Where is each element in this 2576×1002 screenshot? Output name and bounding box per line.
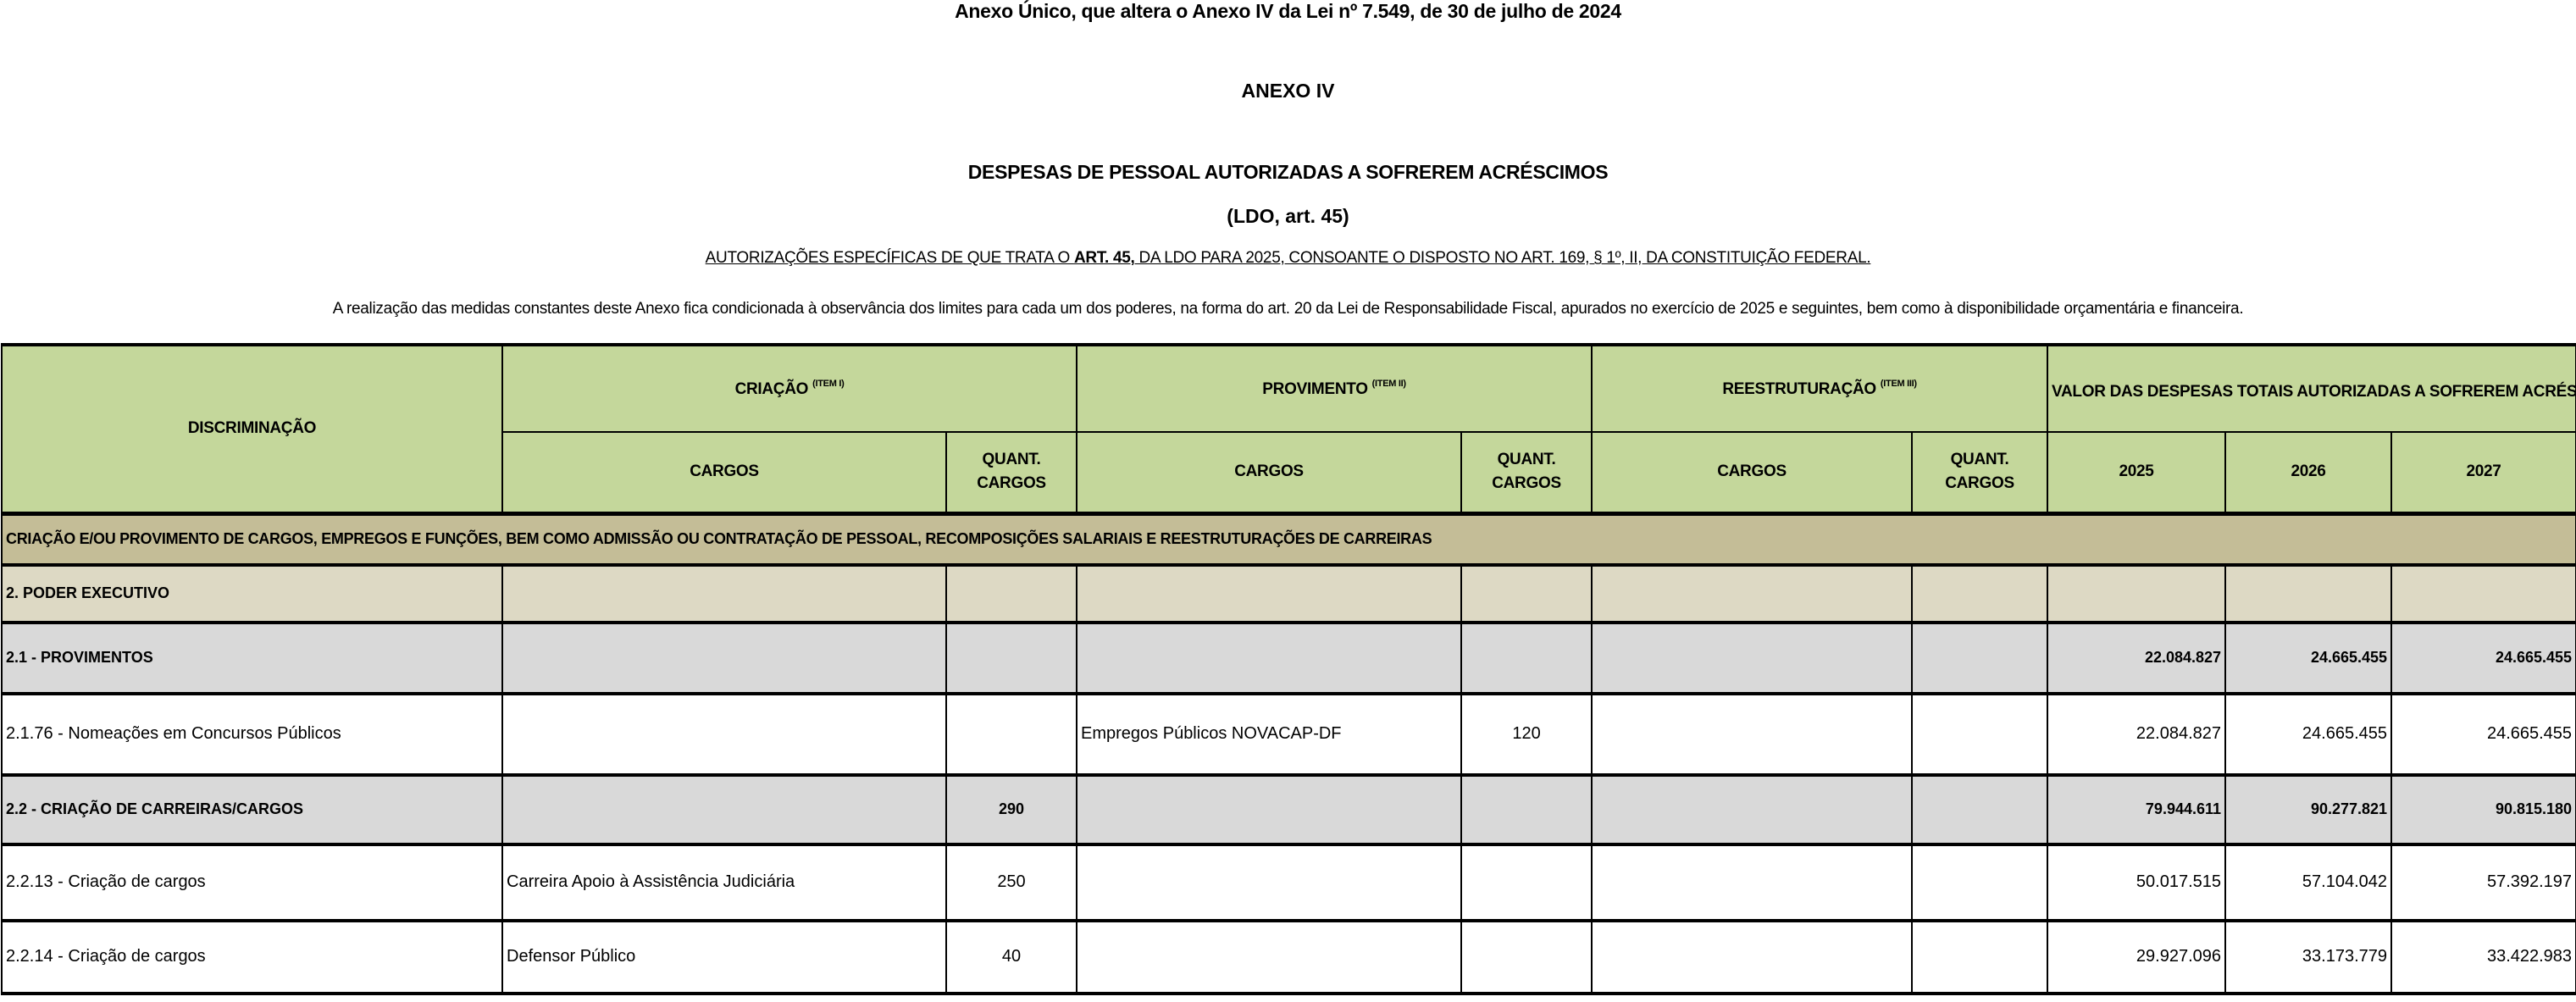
- header-reestruturacao-quant: QUANT.CARGOS: [1912, 432, 2047, 513]
- header-criacao-note: (ITEM I): [812, 379, 844, 389]
- section-band: CRIAÇÃO E/OU PROVIMENTO DE CARGOS, EMPRE…: [2, 513, 2576, 565]
- row-criacao-quant: [946, 623, 1077, 694]
- row-criacao-cargos: [502, 775, 946, 844]
- quant-label-2: CARGOS: [977, 474, 1046, 492]
- row-value-2025: 22.084.827: [2047, 623, 2225, 694]
- empty-cell: [2225, 565, 2391, 623]
- row-criacao-quant: 290: [946, 775, 1077, 844]
- header-year-2026: 2026: [2225, 432, 2391, 513]
- header-provimento: PROVIMENTO (ITEM II): [1077, 345, 1592, 432]
- header-reestruturacao-label: REESTRUTURAÇÃO: [1722, 380, 1876, 398]
- row-criacao-quant: [946, 694, 1077, 775]
- empty-cell: [2391, 565, 2576, 623]
- section-band-row: CRIAÇÃO E/OU PROVIMENTO DE CARGOS, EMPRE…: [2, 513, 2576, 565]
- document-heading: Anexo Único, que altera o Anexo IV da Le…: [0, 0, 2576, 23]
- main-title: DESPESAS DE PESSOAL AUTORIZADAS A SOFRER…: [0, 161, 2576, 184]
- header-reestruturacao-note: (ITEM III): [1881, 379, 1917, 389]
- row-value-2026: 24.665.455: [2225, 694, 2391, 775]
- row-value-2025: 22.084.827: [2047, 694, 2225, 775]
- row-provimento-cargos: [1077, 921, 1461, 994]
- row-reestr-quant: [1912, 694, 2047, 775]
- header-year-2027: 2027: [2391, 432, 2576, 513]
- row-discriminacao: 2.1 - PROVIMENTOS: [2, 623, 502, 694]
- row-criacao-cargos: [502, 623, 946, 694]
- row-value-2025: 79.944.611: [2047, 775, 2225, 844]
- row-provimento-quant: [1461, 921, 1592, 994]
- quant-label-2: CARGOS: [1945, 474, 2014, 492]
- header-criacao: CRIAÇÃO (ITEM I): [502, 345, 1077, 432]
- row-value-2025: 50.017.515: [2047, 844, 2225, 921]
- header-provimento-cargos: CARGOS: [1077, 432, 1461, 513]
- row-provimento-cargos: Empregos Públicos NOVACAP-DF: [1077, 694, 1461, 775]
- conditions-note: A realização das medidas constantes dest…: [0, 300, 2576, 318]
- row-reestr-cargos: [1592, 694, 1912, 775]
- header-criacao-label: CRIAÇÃO: [735, 380, 809, 398]
- row-provimento-quant: 120: [1461, 694, 1592, 775]
- header-provimento-quant: QUANT.CARGOS: [1461, 432, 1592, 513]
- row-discriminacao: 2.2.13 - Criação de cargos: [2, 844, 502, 921]
- expenses-table: DISCRIMINAÇÃO CRIAÇÃO (ITEM I) PROVIMENT…: [1, 343, 2576, 995]
- row-discriminacao: 2.1.76 - Nomeações em Concursos Públicos: [2, 694, 502, 775]
- empty-cell: [1077, 565, 1461, 623]
- row-value-2026: 33.173.779: [2225, 921, 2391, 994]
- quant-label-1: QUANT.: [1951, 451, 2009, 468]
- row-criacao-cargos: Carreira Apoio à Assistência Judiciária: [502, 844, 946, 921]
- row-reestr-quant: [1912, 775, 2047, 844]
- row-criacao-quant: 40: [946, 921, 1077, 994]
- row-criacao-quant: 250: [946, 844, 1077, 921]
- row-value-2027: 57.392.197: [2391, 844, 2576, 921]
- header-valor: VALOR DAS DESPESAS TOTAIS AUTORIZADAS A …: [2047, 345, 2576, 432]
- row-provimento-cargos: [1077, 775, 1461, 844]
- empty-cell: [946, 565, 1077, 623]
- table-row: 2.1 - PROVIMENTOS 22.084.827 24.665.455 …: [2, 623, 2576, 694]
- annex-title: ANEXO IV: [0, 80, 2576, 102]
- row-value-2025: 29.927.096: [2047, 921, 2225, 994]
- row-reestr-quant: [1912, 921, 2047, 994]
- poder-label: 2. PODER EXECUTIVO: [2, 565, 502, 623]
- header-provimento-label: PROVIMENTO: [1262, 380, 1367, 398]
- header-provimento-note: (ITEM II): [1372, 379, 1406, 389]
- row-criacao-cargos: [502, 694, 946, 775]
- authorization-prefix: AUTORIZAÇÕES ESPECÍFICAS DE QUE TRATA O: [706, 249, 1074, 267]
- row-reestr-cargos: [1592, 775, 1912, 844]
- quant-label-1: QUANT.: [983, 451, 1041, 468]
- authorization-statement: AUTORIZAÇÕES ESPECÍFICAS DE QUE TRATA O …: [0, 249, 2576, 268]
- quant-label-2: CARGOS: [1492, 474, 1561, 492]
- quant-label-1: QUANT.: [1498, 451, 1556, 468]
- row-value-2026: 90.277.821: [2225, 775, 2391, 844]
- row-provimento-quant: [1461, 775, 1592, 844]
- row-reestr-quant: [1912, 623, 2047, 694]
- authorization-suffix: DA LDO PARA 2025, CONSOANTE O DISPOSTO N…: [1134, 249, 1870, 267]
- row-provimento-cargos: [1077, 623, 1461, 694]
- row-provimento-quant: [1461, 623, 1592, 694]
- header-criacao-cargos: CARGOS: [502, 432, 946, 513]
- row-reestr-cargos: [1592, 844, 1912, 921]
- table-row: 2.2.13 - Criação de cargos Carreira Apoi…: [2, 844, 2576, 921]
- header-reestruturacao: REESTRUTURAÇÃO (ITEM III): [1592, 345, 2047, 432]
- subtitle: (LDO, art. 45): [0, 205, 2576, 228]
- row-value-2027: 24.665.455: [2391, 694, 2576, 775]
- row-discriminacao: 2.2 - CRIAÇÃO DE CARREIRAS/CARGOS: [2, 775, 502, 844]
- empty-cell: [1592, 565, 1912, 623]
- row-reestr-cargos: [1592, 921, 1912, 994]
- row-provimento-quant: [1461, 844, 1592, 921]
- empty-cell: [2047, 565, 2225, 623]
- row-provimento-cargos: [1077, 844, 1461, 921]
- table-row: 2.2 - CRIAÇÃO DE CARREIRAS/CARGOS 290 79…: [2, 775, 2576, 844]
- header-valor-label: VALOR DAS DESPESAS TOTAIS AUTORIZADAS A …: [2052, 383, 2576, 401]
- header-discriminacao: DISCRIMINAÇÃO: [2, 345, 502, 513]
- row-criacao-cargos: Defensor Público: [502, 921, 946, 994]
- row-value-2027: 24.665.455: [2391, 623, 2576, 694]
- poder-row: 2. PODER EXECUTIVO: [2, 565, 2576, 623]
- empty-cell: [502, 565, 946, 623]
- row-reestr-quant: [1912, 844, 2047, 921]
- empty-cell: [1461, 565, 1592, 623]
- header-year-2025: 2025: [2047, 432, 2225, 513]
- table-row: 2.1.76 - Nomeações em Concursos Públicos…: [2, 694, 2576, 775]
- table-row: 2.2.14 - Criação de cargos Defensor Públ…: [2, 921, 2576, 994]
- authorization-article: ART. 45,: [1074, 249, 1135, 267]
- header-criacao-quant: QUANT.CARGOS: [946, 432, 1077, 513]
- row-value-2026: 57.104.042: [2225, 844, 2391, 921]
- row-value-2027: 33.422.983: [2391, 921, 2576, 994]
- row-value-2026: 24.665.455: [2225, 623, 2391, 694]
- row-value-2027: 90.815.180: [2391, 775, 2576, 844]
- empty-cell: [1912, 565, 2047, 623]
- row-discriminacao: 2.2.14 - Criação de cargos: [2, 921, 502, 994]
- header-reestruturacao-cargos: CARGOS: [1592, 432, 1912, 513]
- row-reestr-cargos: [1592, 623, 1912, 694]
